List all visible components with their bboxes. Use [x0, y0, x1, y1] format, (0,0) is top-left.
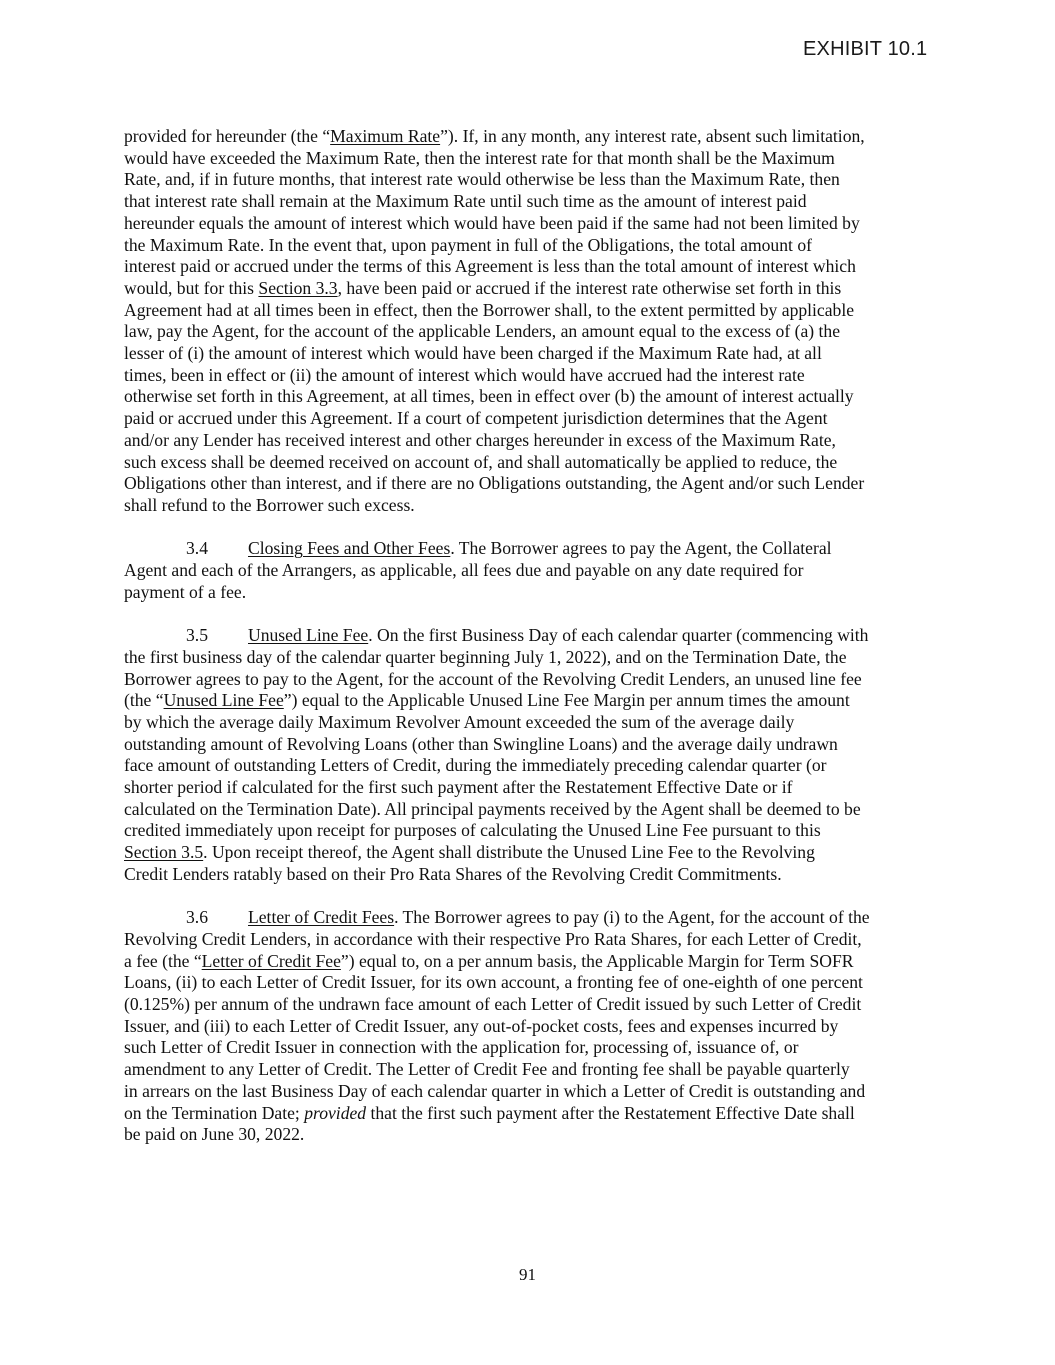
section-number: 3.6: [186, 907, 248, 929]
text-line: hereunder equals the amount of interest …: [124, 213, 936, 235]
text-line: Issuer, and (iii) to each Letter of Cred…: [124, 1016, 936, 1038]
text-line: outstanding amount of Revolving Loans (o…: [124, 734, 936, 756]
section-number: 3.5: [186, 625, 248, 647]
text-line: times, been in effect or (ii) the amount…: [124, 365, 936, 387]
text-line: such Letter of Credit Issuer in connecti…: [124, 1037, 936, 1059]
text-line: payment of a fee.: [124, 582, 936, 604]
text-line: Loans, (ii) to each Letter of Credit Iss…: [124, 972, 936, 994]
section-3-6: 3.6Letter of Credit Fees. The Borrower a…: [124, 907, 936, 1146]
text-line: interest paid or accrued under the terms…: [124, 256, 936, 278]
page-number: 91: [0, 1265, 1055, 1285]
text-line: (the “Unused Line Fee”) equal to the App…: [124, 690, 936, 712]
section-title: Letter of Credit Fees: [248, 907, 394, 927]
text-line: Rate, and, if in future months, that int…: [124, 169, 936, 191]
section-3-5: 3.5Unused Line Fee. On the first Busines…: [124, 625, 936, 885]
defined-term-maximum-rate: Maximum Rate: [330, 126, 440, 146]
text-line: calculated on the Termination Date). All…: [124, 799, 936, 821]
defined-term-unused-line-fee: Unused Line Fee: [164, 690, 284, 710]
text-line: would have exceeded the Maximum Rate, th…: [124, 148, 936, 170]
text-line: shorter period if calculated for the fir…: [124, 777, 936, 799]
text-line: in arrears on the last Business Day of e…: [124, 1081, 936, 1103]
text-line: face amount of outstanding Letters of Cr…: [124, 755, 936, 777]
text-line: Agent and each of the Arrangers, as appl…: [124, 560, 936, 582]
section-3-3-continuation: provided for hereunder (the “Maximum Rat…: [124, 126, 936, 517]
text-line: and/or any Lender has received interest …: [124, 430, 936, 452]
text-line: (0.125%) per annum of the undrawn face a…: [124, 994, 936, 1016]
text-line: amendment to any Letter of Credit. The L…: [124, 1059, 936, 1081]
text-line: Credit Lenders ratably based on their Pr…: [124, 864, 936, 886]
text-line: otherwise set forth in this Agreement, a…: [124, 386, 936, 408]
section-heading-line: 3.6Letter of Credit Fees. The Borrower a…: [124, 907, 936, 929]
text-line: the first business day of the calendar q…: [124, 647, 936, 669]
text-line: that interest rate shall remain at the M…: [124, 191, 936, 213]
text-line: Revolving Credit Lenders, in accordance …: [124, 929, 936, 951]
text-line: Agreement had at all times been in effec…: [124, 300, 936, 322]
section-reference-3-5: Section 3.5: [124, 842, 203, 862]
text-line: the Maximum Rate. In the event that, upo…: [124, 235, 936, 257]
italic-term-provided: provided: [304, 1103, 366, 1123]
section-3-4: 3.4Closing Fees and Other Fees. The Borr…: [124, 538, 936, 603]
text-line: on the Termination Date; provided that t…: [124, 1103, 936, 1125]
section-number: 3.4: [186, 538, 248, 560]
text-line: paid or accrued under this Agreement. If…: [124, 408, 936, 430]
text-line: shall refund to the Borrower such excess…: [124, 495, 936, 517]
exhibit-label: EXHIBIT 10.1: [803, 38, 927, 61]
document-body: provided for hereunder (the “Maximum Rat…: [124, 126, 936, 1168]
text-line: Borrower agrees to pay to the Agent, for…: [124, 669, 936, 691]
text-line: such excess shall be deemed received on …: [124, 452, 936, 474]
text-line: would, but for this Section 3.3, have be…: [124, 278, 936, 300]
section-reference-3-3: Section 3.3: [258, 278, 337, 298]
text-line: provided for hereunder (the “Maximum Rat…: [124, 126, 936, 148]
text-line: by which the average daily Maximum Revol…: [124, 712, 936, 734]
text-line: a fee (the “Letter of Credit Fee”) equal…: [124, 951, 936, 973]
section-title: Closing Fees and Other Fees: [248, 538, 450, 558]
text-line: credited immediately upon receipt for pu…: [124, 820, 936, 842]
section-title: Unused Line Fee: [248, 625, 368, 645]
text-line: Obligations other than interest, and if …: [124, 473, 936, 495]
text-line: law, pay the Agent, for the account of t…: [124, 321, 936, 343]
defined-term-letter-of-credit-fee: Letter of Credit Fee: [202, 951, 341, 971]
section-heading-line: 3.5Unused Line Fee. On the first Busines…: [124, 625, 936, 647]
text-line: be paid on June 30, 2022.: [124, 1124, 936, 1146]
section-heading-line: 3.4Closing Fees and Other Fees. The Borr…: [124, 538, 936, 560]
text-line: lesser of (i) the amount of interest whi…: [124, 343, 936, 365]
text-line: Section 3.5. Upon receipt thereof, the A…: [124, 842, 936, 864]
